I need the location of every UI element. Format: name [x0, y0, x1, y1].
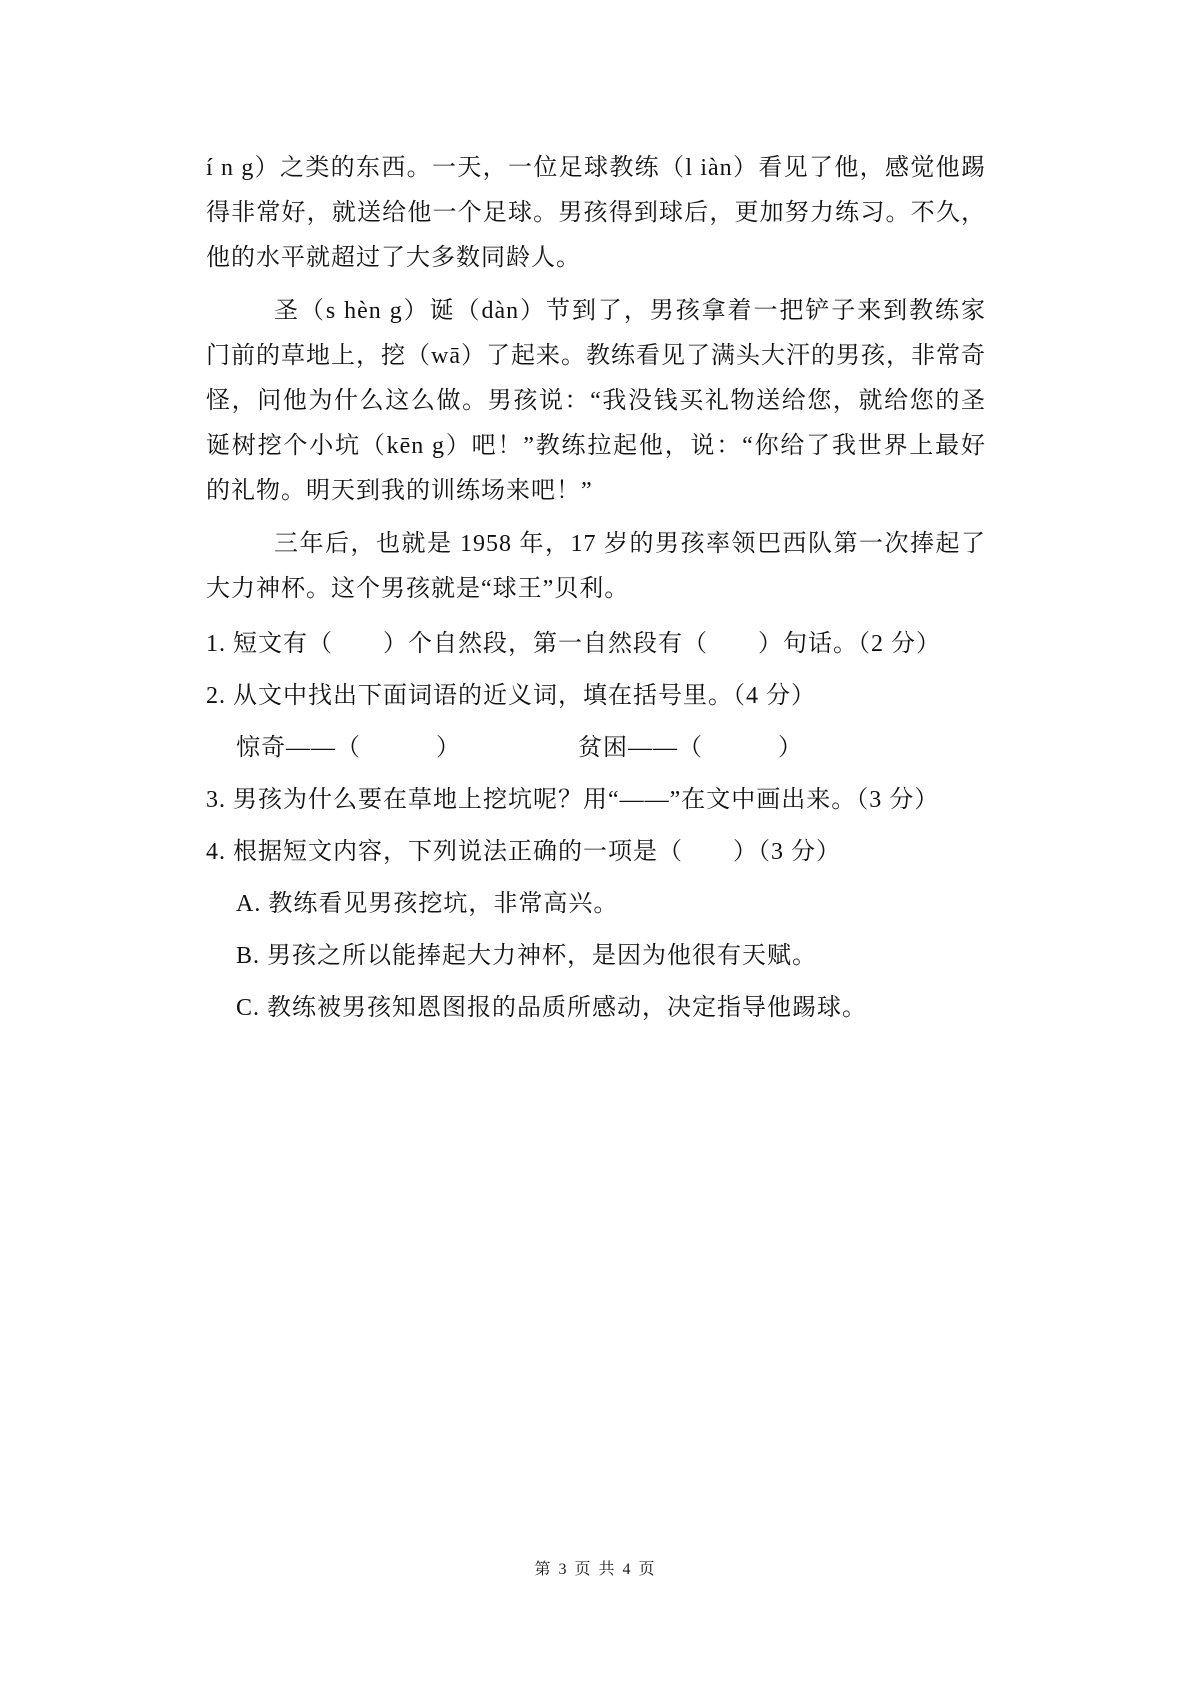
question-2: 2. 从文中找出下面词语的近义词，填在括号里。（4 分）: [206, 678, 986, 714]
exam-page: í n g）之类的东西。一天，一位足球教练（l iàn）看见了他，感觉他踢得非常…: [0, 0, 1191, 1684]
synonym-blank-pinkun: 贫困——（ ）: [578, 735, 803, 761]
page-number: 第 3 页 共 4 页: [0, 1556, 1191, 1579]
question-4-option-b: B. 男孩之所以能捧起大力神杯，是因为他很有天赋。: [206, 938, 986, 974]
synonym-blank-jingqi: 惊奇——（ ）: [236, 735, 461, 761]
question-4-option-a: A. 教练看见男孩挖坑，非常高兴。: [206, 886, 986, 922]
passage-paragraph-2: 圣（s hèn g）诞（dàn）节到了，男孩拿着一把铲子来到教练家门前的草地上，…: [206, 289, 986, 514]
question-1: 1. 短文有（ ）个自然段，第一自然段有（ ）句话。（2 分）: [206, 626, 986, 662]
passage-paragraph-1: í n g）之类的东西。一天，一位足球教练（l iàn）看见了他，感觉他踢得非常…: [206, 146, 986, 281]
synonym-row: 惊奇——（ ） 贫困——（ ）: [206, 730, 986, 766]
exam-content: í n g）之类的东西。一天，一位足球教练（l iàn）看见了他，感觉他踢得非常…: [206, 146, 986, 1026]
question-4-option-c: C. 教练被男孩知恩图报的品质所感动，决定指导他踢球。: [206, 990, 986, 1026]
passage-paragraph-3: 三年后，也就是 1958 年，17 岁的男孩率领巴西队第一次捧起了大力神杯。这个…: [206, 522, 986, 612]
question-3: 3. 男孩为什么要在草地上挖坑呢？用“——”在文中画出来。（3 分）: [206, 782, 986, 818]
question-4: 4. 根据短文内容，下列说法正确的一项是（ ）（3 分）: [206, 834, 986, 870]
